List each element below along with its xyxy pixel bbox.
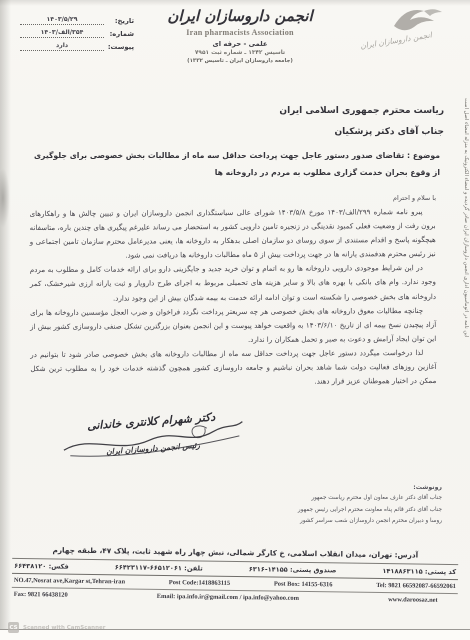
fax-fa: فکس: ۶۶۴۳۸۱۲۰ — [14, 562, 69, 571]
subject-label: موضوع : — [407, 151, 440, 160]
cc-block: رونوشت: جناب آقای دکتر عارف معاون اول مح… — [298, 484, 442, 528]
letterhead: انجمن داروسازان ایران Iran pharmacists A… — [128, 7, 352, 64]
fax-en: Fax: 9821 66438120 — [14, 591, 68, 599]
cc-item-2: جناب آقای دکتر قائم پناه معاونت محترم اج… — [298, 505, 442, 517]
org-subtitle-line: (جامعه داروسازان ایران ـ تاسیس ۱۳۳۲) — [128, 58, 352, 64]
recipient-line-1: ریاست محترم جمهوری اسلامی ایران — [279, 101, 444, 122]
scanned-letter-page: تاریخ: ۱۴۰۳/۵/۲۹ شماره: ۳۵۴/الف/۱۴۰۳ پیو… — [0, 0, 470, 640]
telephone-fa: تلفن: ۶۶۵۱۲۰۶۱-۶۶۴۲۳۱۱۷ — [115, 563, 203, 572]
subject-text: تقاضای صدور دستور عاجل جهت پرداخت حداقل … — [34, 151, 440, 177]
telephone-en: Tel: 9821 66592087-66592061 — [376, 582, 456, 590]
meta-row-attachment: پیوست: دارد — [6, 42, 134, 51]
body-paragraph-3: چنانچه مطالبات معوق داروخانه های بخش خصو… — [30, 304, 436, 348]
email-en: Email: ipa.info.ir@gmail.com / ipa.info@… — [157, 593, 299, 602]
attachment-value: دارد — [20, 42, 104, 51]
org-registration-line: تاسیس ۱۳۴۲ ـ شماره ثبت ۷۹۵۱ — [128, 50, 352, 56]
cc-item-3: روسا و دبیران محترم انجمن داروسازان شعب … — [298, 516, 442, 528]
scan-shadow-left — [0, 0, 11, 640]
org-name-en: Iran pharmacists Association — [128, 28, 352, 37]
camscanner-icon: CS — [8, 622, 19, 633]
cc-label: رونوشت: — [298, 484, 442, 491]
scanner-watermark-text: Scanned with CamScanner — [23, 625, 105, 631]
post-code-en: Post Code:1418863115 — [169, 579, 230, 587]
postal-box-fa: صندوق پستی: ۱۴۱۵۵-۶۳۱۶ — [249, 565, 337, 574]
letter-meta-block: تاریخ: ۱۴۰۳/۵/۲۹ شماره: ۳۵۴/الف/۱۴۰۳ پیو… — [6, 16, 134, 55]
recipient-block: ریاست محترم جمهوری اسلامی ایران جناب آقا… — [279, 101, 444, 143]
body-paragraph-2: در این شرایط موجودی دارویی داروخانه ها ر… — [30, 261, 436, 305]
cc-item-1: جناب آقای دکتر عارف معاون اول محترم ریاس… — [298, 493, 442, 505]
postal-code-fa: کد پستی: ۱۴۱۸۸۶۳۱۱۵ — [382, 567, 456, 576]
subject-line: موضوع : تقاضای صدور دستور عاجل جهت پرداخ… — [34, 148, 440, 181]
body-paragraph-1: پیرو نامه شماره ۲۹۹/الف/۱۴۰۳ مورخ ۱۴۰۳/۵… — [30, 205, 436, 264]
corner-logo: انجمن داروسازان ایران — [332, 0, 462, 64]
signature-block: دکتر شهرام کلانتری خاندانی رئیس انجمن دا… — [51, 408, 253, 460]
date-value: ۱۴۰۳/۵/۲۹ — [20, 16, 104, 25]
meta-row-date: تاریخ: ۱۴۰۳/۵/۲۹ — [6, 16, 134, 25]
website-url: www.daroosaz.net — [388, 596, 438, 604]
letter-body: پیرو نامه شماره ۲۹۹/الف/۱۴۰۳ مورخ ۱۴۰۳/۵… — [30, 205, 437, 390]
org-type-line: علمی - حرفه ای — [128, 40, 352, 48]
automation-side-note: این نامه در اتوماسیون اداری انجمن داروسا… — [463, 98, 469, 456]
post-box-en: Post Box: 14155-6316 — [274, 581, 333, 589]
salutation: با سلام و احترام — [393, 194, 436, 202]
address-en: NO.47,Nosrat ave,Kargar st,Tehran-iran — [14, 577, 125, 586]
recipient-line-2: جناب آقای دکتر پزشکیان — [279, 122, 444, 143]
number-value: ۳۵۴/الف/۱۴۰۳ — [20, 29, 104, 38]
meta-row-number: شماره: ۳۵۴/الف/۱۴۰۳ — [6, 29, 134, 38]
org-name-fa: انجمن داروسازان ایران — [128, 7, 352, 25]
letterhead-footer: آدرس: تهران، میدان انقلاب اسلامی، خ کارگ… — [12, 545, 459, 607]
body-paragraph-4: لذا درخواست میگردد دستور عاجل جهت پرداخت… — [30, 346, 436, 390]
scanner-watermark: CS Scanned with CamScanner — [8, 622, 105, 633]
